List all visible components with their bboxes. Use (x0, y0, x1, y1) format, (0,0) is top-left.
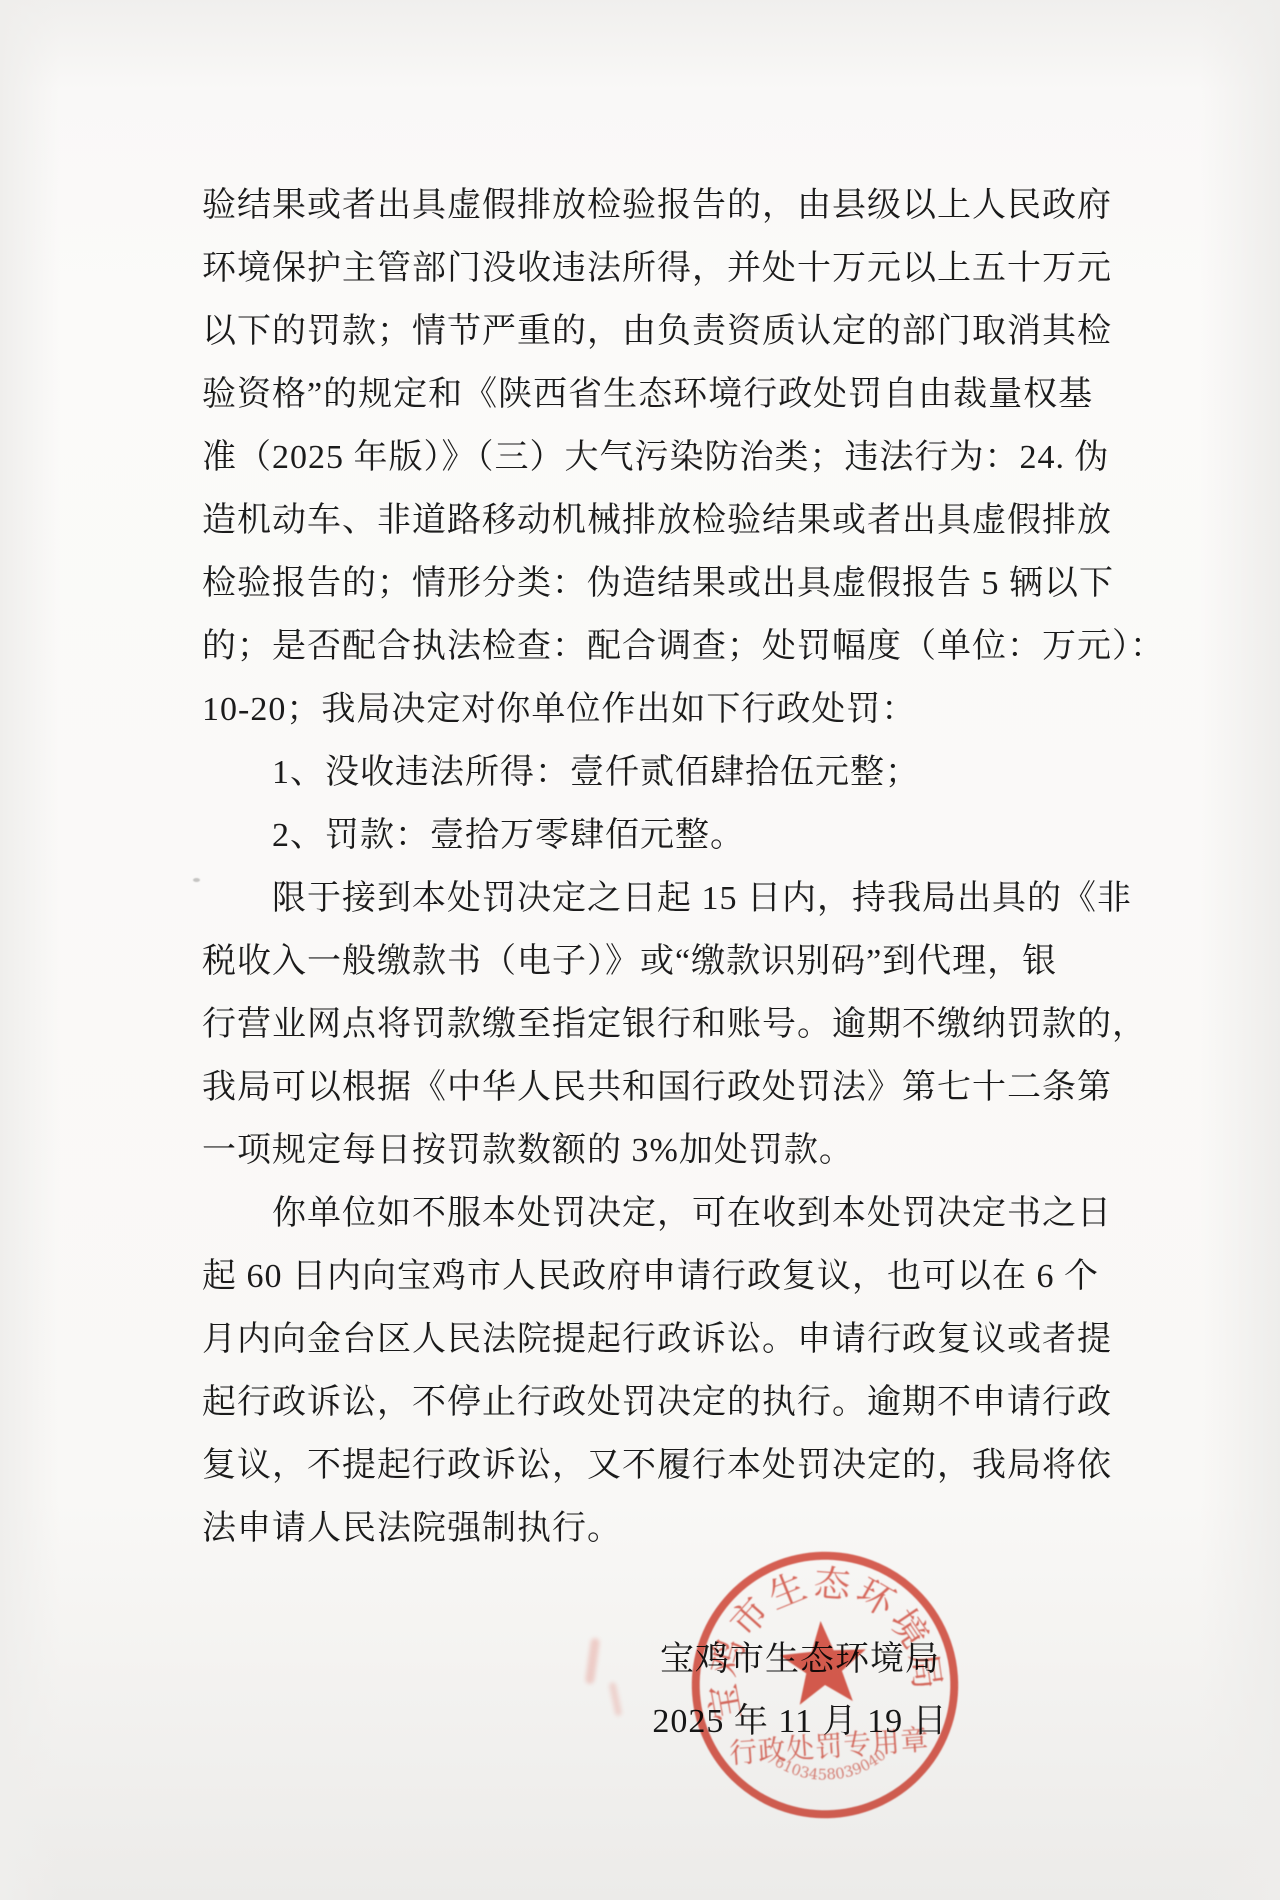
document-line: 以下的罚款；情节严重的，由负责资质认定的部门取消其检 (202, 300, 1112, 363)
document-line: 税收入一般缴款书（电子）》或“缴款识别码”到代理，银 (202, 930, 1112, 993)
document-line: 复议，不提起行政诉讼，又不履行本处罚决定的，我局将依 (202, 1434, 1112, 1497)
document-line: 检验报告的；情形分类：伪造结果或出具虚假报告 5 辆以下 (202, 552, 1112, 615)
seal-star-icon (778, 1618, 870, 1706)
document-line-list-item: 2、罚款：壹拾万零肆佰元整。 (202, 804, 1112, 867)
document-line: 我局可以根据《中华人民共和国行政处罚法》第七十二条第 (202, 1056, 1112, 1119)
document-line: 验结果或者出具虚假排放检验报告的，由县级以上人民政府 (202, 174, 1112, 237)
svg-text:宝: 宝 (702, 1681, 749, 1724)
document-line: 限于接到本处罚决定之日起 15 日内，持我局出具的《非 (202, 867, 1112, 930)
document-line: 造机动车、非道路移动机械排放检验结果或者出具虚假排放 (202, 489, 1112, 552)
document-line: 10-20；我局决定对你单位作出如下行政处罚： (202, 678, 1112, 741)
document-line: 一项规定每日按罚款数额的 3%加处罚款。 (202, 1119, 1112, 1182)
svg-text:鸡: 鸡 (703, 1634, 752, 1680)
seal-banner-text: 行政处罚专用章 (728, 1724, 930, 1769)
document-line-list-item: 1、没收违法所得：壹仟贰佰肆拾伍元整； (202, 741, 1112, 804)
document-line: 月内向金台区人民法院提起行政诉讼。申请行政复议或者提 (202, 1308, 1112, 1371)
document-line: 法申请人民法院强制执行。 (202, 1497, 1112, 1560)
document-line: 准（2025 年版）》（三）大气污染防治类；违法行为：24. 伪 (202, 426, 1112, 489)
svg-text:态: 态 (812, 1562, 853, 1606)
document-line: 起行政诉讼，不停止行政处罚决定的执行。逾期不申请行政 (202, 1371, 1112, 1434)
document-line: 验资格”的规定和《陕西省生态环境行政处罚自由裁量权基 (202, 363, 1112, 426)
document-line: 的；是否配合执法检查：配合调查；处罚幅度（单位：万元）： (202, 615, 1112, 678)
document-line: 环境保护主管部门没收违法所得，并处十万元以上五十万元 (202, 237, 1112, 300)
document-line: 行营业网点将罚款缴至指定银行和账号。逾期不缴纳罚款的， (202, 993, 1112, 1056)
document-line: 你单位如不服本处罚决定，可在收到本处罚决定书之日 (202, 1182, 1112, 1245)
scan-artifact (193, 878, 200, 882)
svg-text:局: 局 (902, 1650, 948, 1692)
document-line: 起 60 日内向宝鸡市人民政府申请行政复议，也可以在 6 个 (202, 1245, 1112, 1308)
official-seal: 宝鸡市生态环境局 行政处罚专用章 6103458039040 (667, 1527, 983, 1843)
svg-text:生: 生 (762, 1565, 811, 1617)
document-body: 验结果或者出具虚假排放检验报告的，由县级以上人民政府 环境保护主管部门没收违法所… (202, 174, 1112, 1560)
document-page: 验结果或者出具虚假排放检验报告的，由县级以上人民政府 环境保护主管部门没收违法所… (0, 0, 1280, 1900)
